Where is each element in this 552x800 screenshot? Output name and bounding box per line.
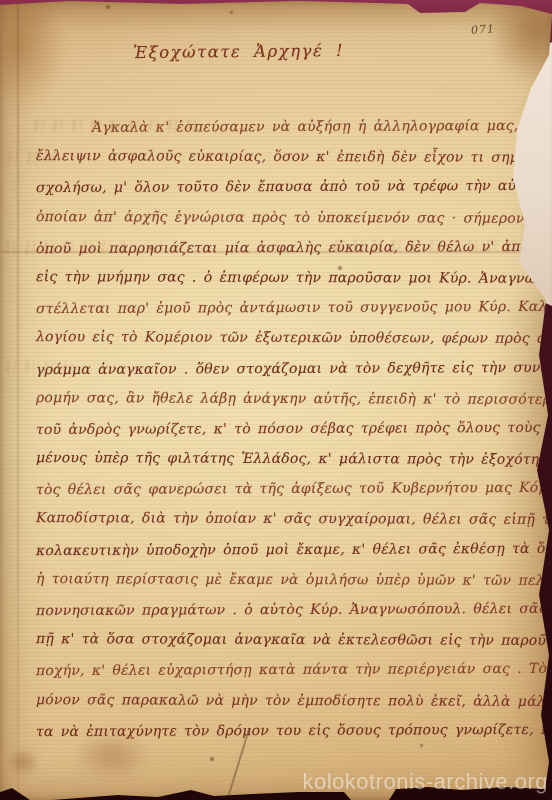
- manuscript-line: τα νὰ ἐπιταχύνητε τὸν δρόμον του εἰς ὅσο…: [36, 715, 550, 747]
- manuscript-photo: 071 Ἐξοχώτατε Ἀρχηγέ ! Ἀγκαλὰ κ' ἐσπεύσα…: [0, 0, 552, 800]
- manuscript-line: Καποδίστρια, διὰ τὴν ὁποίαν κ' σᾶς συγχα…: [36, 504, 550, 536]
- manuscript-line: κολακευτικὴν ὑποδοχὴν ὁποῦ μοὶ ἔκαμε, κ'…: [36, 534, 550, 566]
- letter-body: Ἀγκαλὰ κ' ἐσπεύσαμεν νὰ αὐξήσῃ ἡ ἀλληλογ…: [36, 112, 550, 746]
- manuscript-line: ἔλλειψιν ἀσφαλοῦς εὐκαιρίας, ὅσον κ' ἐπε…: [36, 141, 550, 173]
- page-number: 071: [471, 22, 496, 37]
- manuscript-line: στέλλεται παρ' ἐμοῦ πρὸς ἀντάμωσιν τοῦ σ…: [36, 292, 550, 324]
- paper-speck: [106, 5, 110, 9]
- stain-bottom-left-small: [6, 748, 40, 776]
- manuscript-line: γράμμα ἀναγκαῖον . ὅθεν στοχάζομαι νὰ τὸ…: [36, 352, 550, 384]
- manuscript-line: εἰς τὴν μνήμην σας . ὁ ἐπιφέρων τὴν παρο…: [36, 262, 550, 294]
- manuscript-line: μόνον σᾶς παρακαλῶ νὰ μὴν τὸν ἐμποδίσητε…: [36, 685, 550, 717]
- manuscript-line: ρομήν σας, ἂν ἤθελε λάβῃ ἀνάγκην αὐτῆς, …: [36, 383, 550, 415]
- paper-speck: [210, 757, 214, 761]
- manuscript-line: ποννησιακῶν πραγμάτων . ὁ αὐτὸς Κύρ. Ἀνα…: [36, 594, 550, 626]
- manuscript-line: ποχήν, κ' θέλει εὐχαριστήσῃ κατὰ πάντα τ…: [36, 654, 550, 686]
- manuscript-line: τὸς θέλει σᾶς φανερώσει τὰ τῆς ἀφίξεως τ…: [36, 473, 550, 505]
- manuscript-line: ἡ τοιαύτη περίστασις μὲ ἔκαμε νὰ ὁμιλήσω…: [36, 564, 550, 596]
- stain-top-band: [0, 0, 552, 30]
- stain-top-left: [0, 0, 67, 111]
- manuscript-line: πῇ κ' τὰ ὅσα στοχάζομαι ἀναγκαῖα νὰ ἐκτε…: [36, 624, 550, 656]
- vertical-fold-line: [17, 0, 19, 800]
- manuscript-line: λογίου εἰς τὸ Κομέριον τῶν ἐξωτερικῶν ὑπ…: [36, 322, 550, 354]
- letter-paper: 071 Ἐξοχώτατε Ἀρχηγέ ! Ἀγκαλὰ κ' ἐσπεύσα…: [0, 0, 552, 800]
- paper-speck: [230, 11, 233, 14]
- manuscript-line: Ἀγκαλὰ κ' ἐσπεύσαμεν νὰ αὐξήσῃ ἡ ἀλληλογ…: [36, 111, 550, 143]
- salutation: Ἐξοχώτατε Ἀρχηγέ !: [133, 41, 344, 62]
- manuscript-line: τοῦ ἀνδρὸς γνωρίζετε, κ' τὸ πόσον σέβας …: [36, 413, 550, 445]
- manuscript-line: σχολήσω, μ' ὅλον τοῦτο δὲν ἔπαυσα ἀπὸ το…: [36, 171, 550, 203]
- manuscript-line: ὁποῦ μοὶ παρρησιάζεται μία ἀσφαλὴς εὐκαι…: [36, 232, 550, 264]
- manuscript-line: ὁποίαν ἀπ' ἀρχῆς ἐγνώρισα πρὸς τὸ ὑποκεί…: [36, 202, 550, 234]
- manuscript-line: μένους ὑπὲρ τῆς φιλτάτης Ἑλλάδος, κ' μάλ…: [36, 443, 550, 475]
